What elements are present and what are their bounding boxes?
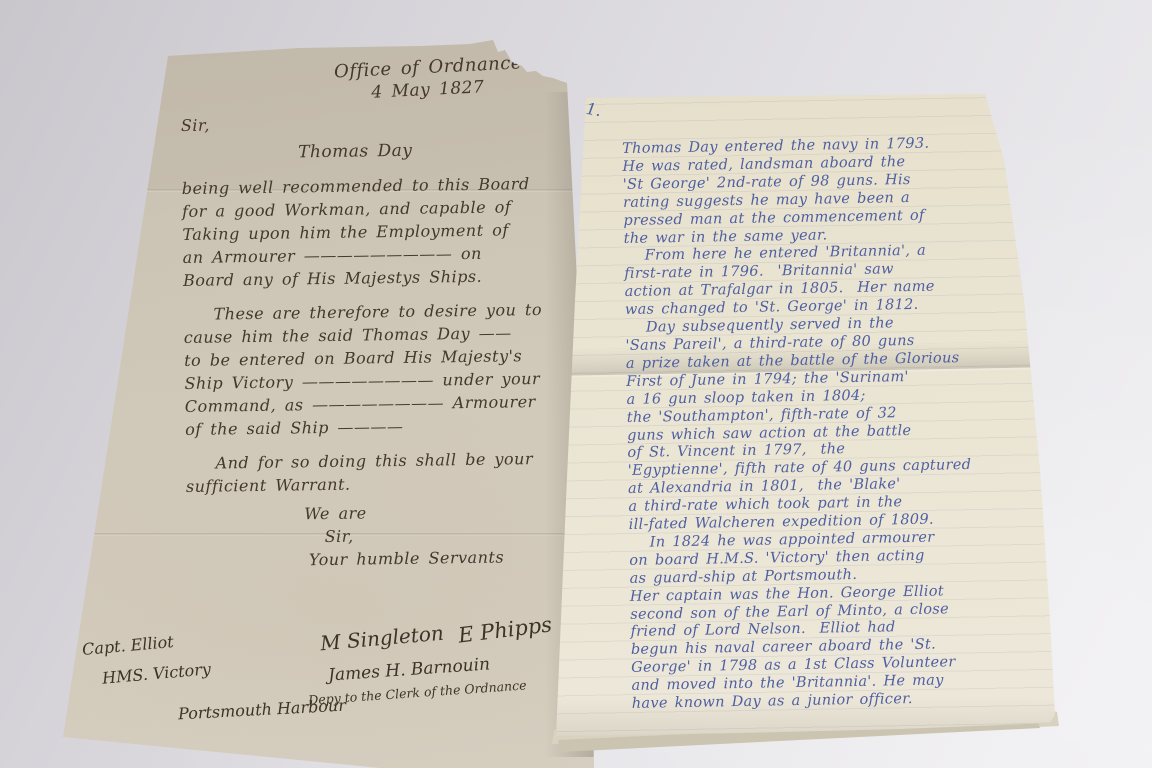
text-line: Command, as ———————— Armourer	[185, 390, 533, 418]
research-note-body: Thomas Day entered the navy in 1793.He w…	[622, 134, 1036, 714]
text-line: And for so doing this shall be your	[185, 447, 533, 475]
page-number: 1.	[585, 99, 603, 120]
annotation-ship: HMS. Victory	[101, 659, 211, 687]
text-line: Your humble Servants	[187, 545, 535, 573]
annotation-addressee: Capt. Elliot	[81, 632, 174, 659]
text-line: Sir,	[181, 109, 529, 137]
text-line: Thomas Day	[181, 138, 529, 166]
signature-phipps: E Phipps	[457, 612, 553, 647]
photo-background: Office of Ordnance4 May 1827Sir,Thomas D…	[0, 0, 1152, 768]
signature-singleton: M Singleton	[319, 621, 444, 656]
ordnance-letter-body: Office of Ordnance4 May 1827Sir,Thomas D…	[180, 57, 535, 573]
text-line: Board any of His Majestys Ships.	[183, 264, 531, 292]
text-line: sufficient Warrant.	[186, 470, 534, 498]
text-line: of the said Ship ————	[185, 413, 533, 441]
